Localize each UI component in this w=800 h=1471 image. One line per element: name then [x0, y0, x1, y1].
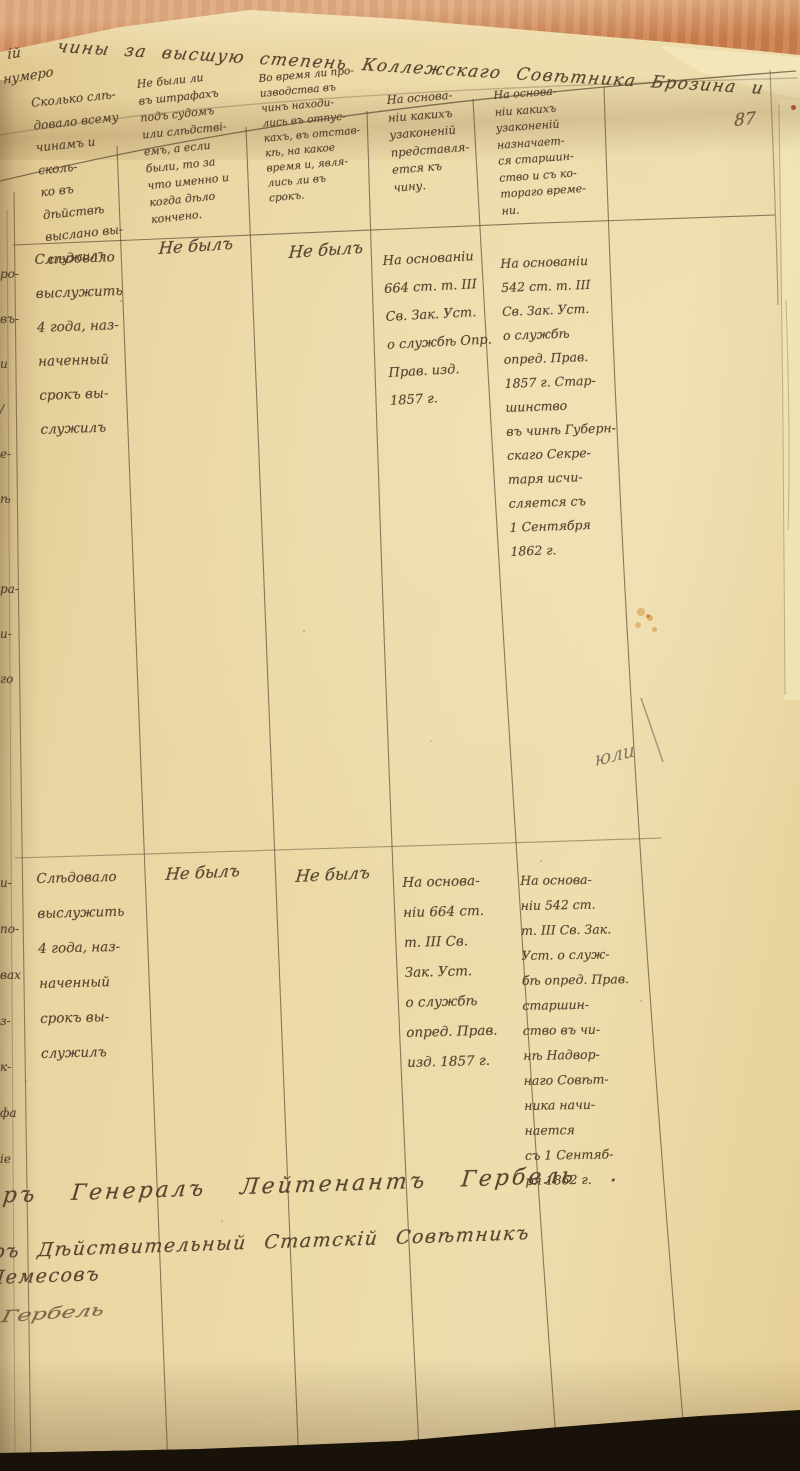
row2-promotion-basis-cell: На основа- ніи 664 ст. т. III Св. Зак. У… [402, 865, 509, 1078]
row2-penalties-cell: Не былъ [165, 860, 240, 886]
row2-seniority-basis-cell: На основа- ніи 542 ст. т. III Св. Зак. У… [520, 866, 644, 1193]
row1-margin-fragments: ро- въ- и ∕ е- ѣ ра- и- го [0, 252, 26, 702]
column-header-promotion-basis: На основа- ніи какихъ узаконеній предста… [386, 85, 482, 197]
ink-stain [652, 627, 657, 632]
column-header-leaves: Во время ли про- изводства въ чинъ наход… [258, 62, 381, 206]
ink-stain [646, 614, 650, 618]
row2-margin-fragments: и- по- вах з- к- фа іе [0, 860, 30, 1182]
row2-leaves-cell: Не былъ [295, 862, 370, 888]
dust-specks [120, 300, 122, 302]
row1-service-term-cell: Слѣдовало выслужить 4 года, наз- наченны… [34, 240, 141, 447]
column-header-penalties: Не были ли въ штрафахъ подъ судомъ или с… [136, 65, 259, 228]
sheet-number: 87 [733, 108, 757, 133]
ink-stain [637, 608, 645, 616]
archival-document-photo: ій нумеро чины за высшую степень Коллежс… [0, 0, 800, 1471]
ink-stain [635, 622, 641, 628]
column-header-seniority-basis: На основа- ніи какихъ узаконеній назнача… [493, 81, 608, 220]
row1-seniority-basis-cell: На основаніи 542 ст. т. III Св. Зак. Уст… [500, 248, 623, 564]
row2-service-term-cell: Слѣдовало выслужить 4 года, наз- наченны… [36, 859, 147, 1072]
title-fragment-left: ій [6, 44, 22, 65]
row1-promotion-basis-cell: На основаніи 664 ст. т. III Св. Зак. Уст… [382, 242, 499, 415]
red-speck [791, 105, 796, 110]
